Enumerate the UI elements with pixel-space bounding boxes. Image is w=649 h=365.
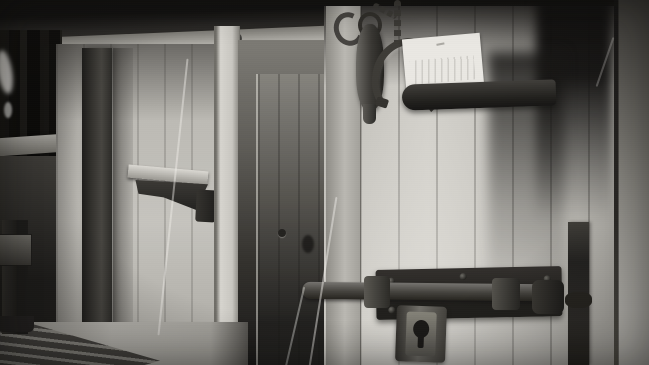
photo-stage xyxy=(0,0,649,365)
bolt-guide xyxy=(364,276,390,308)
door-jamb xyxy=(214,26,240,365)
hanging-strap-tail xyxy=(363,104,376,124)
jail-corridor-photo xyxy=(0,0,649,365)
corner-post-fitting xyxy=(0,234,32,266)
rivet xyxy=(388,307,395,314)
bolt-guide xyxy=(492,278,520,310)
left-door-post-shadow xyxy=(113,48,133,340)
strap-fitting xyxy=(565,292,592,308)
left-door-post xyxy=(82,48,112,340)
illegible-handwriting xyxy=(410,55,476,84)
iron-strap-bar xyxy=(402,79,557,110)
photo-damage-spot xyxy=(4,102,12,118)
keyhole-slot xyxy=(418,334,424,348)
corner-post-base xyxy=(0,316,34,332)
door-knob xyxy=(278,229,286,237)
keyhole-plate xyxy=(395,305,447,363)
bolt-end-cap xyxy=(532,280,564,314)
rivet xyxy=(460,273,467,280)
paper-heading-mark xyxy=(436,42,444,45)
right-door-frame xyxy=(618,0,649,365)
door-smudge xyxy=(302,235,314,253)
